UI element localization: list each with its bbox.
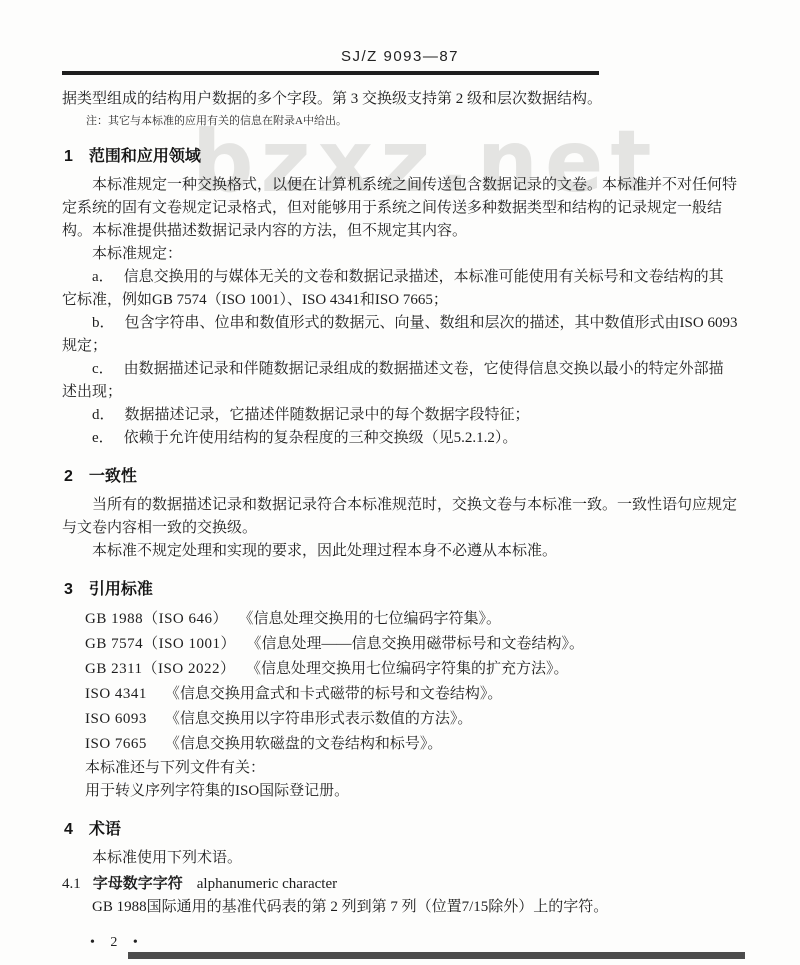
list-item-c-text: 由数据描述记录和伴随数据记录组成的数据描述文卷，它使得信息交换以最小的特定外部描…	[62, 361, 724, 400]
reference-row: GB 2311（ISO 2022）《信息处理交换用七位编码字符集的扩充方法》。	[62, 657, 738, 682]
list-item-b-text: 包含字符串、位串和数值形式的数据元、向量、数组和层次的描述，其中数值形式由ISO…	[62, 315, 737, 354]
reference-list: GB 1988（ISO 646）《信息处理交换用的七位编码字符集》。 GB 75…	[62, 607, 738, 757]
reference-title: 《信息交换用以字符串形式表示数值的方法》。	[165, 711, 473, 727]
reference-code: GB 7574（ISO 1001）	[85, 636, 236, 652]
note-line: 注：其它与本标准的应用有关的信息在附录A中给出。	[62, 113, 738, 130]
section-4-number: 4	[64, 821, 73, 838]
term-number: 4.1	[62, 876, 81, 892]
reference-title: 《信息交换用盒式和卡式磁带的标号和文卷结构》。	[165, 686, 503, 702]
list-item-d-label: d．	[92, 407, 115, 423]
header-rule	[62, 71, 599, 75]
section-4-paragraph-1: 本标准使用下列术语。	[62, 847, 738, 870]
section-4-heading: 4术语	[64, 816, 738, 839]
list-item-a: a．信息交换用的与媒体无关的文卷和数据记录描述，本标准可能使用有关标号和文卷结构…	[62, 266, 738, 312]
list-item-d: d．数据描述记录，它描述伴随数据记录中的每个数据字段特征；	[62, 404, 738, 427]
reference-title: 《信息处理交换用七位编码字符集的扩充方法》。	[253, 661, 568, 677]
reference-title: 《信息处理交换用的七位编码字符集》。	[246, 611, 501, 627]
document-number-header: SJ/Z 9093—87	[62, 48, 738, 65]
section-1-number: 1	[64, 148, 73, 165]
reference-code: ISO 7665	[85, 736, 147, 752]
reference-title: 《信息处理——信息交换用磁带标号和文卷结构》。	[254, 636, 584, 652]
section-1-title: 范围和应用领域	[89, 148, 201, 165]
reference-title: 《信息交换用软磁盘的文卷结构和标号》。	[165, 736, 443, 752]
section-3-number: 3	[64, 581, 73, 598]
reference-row: ISO 6093《信息交换用以字符串形式表示数值的方法》。	[62, 707, 738, 732]
section-1-paragraph-1: 本标准规定一种交换格式，以便在计算机系统之间传送包含数据记录的文卷。本标准并不对…	[62, 174, 738, 243]
reference-code: GB 2311（ISO 2022）	[85, 661, 235, 677]
section-4-title: 术语	[89, 821, 121, 838]
list-item-b: b．包含字符串、位串和数值形式的数据元、向量、数组和层次的描述，其中数值形式由I…	[62, 312, 738, 358]
bottom-scan-bar	[128, 952, 745, 959]
term-chinese: 字母数字字符	[93, 875, 183, 892]
related-files-item: 用于转义序列字符集的ISO国际登记册。	[62, 780, 738, 803]
scanned-standard-page: bzxz.net SJ/Z 9093—87 据类型组成的结构用户数据的多个字段。…	[0, 0, 800, 965]
section-3-heading: 3引用标准	[64, 576, 738, 599]
lead-paragraph-continuation: 据类型组成的结构用户数据的多个字段。第 3 交换级支持第 2 级和层次数据结构。	[62, 88, 738, 111]
term-4-1-line: 4.1字母数字字符alphanumeric character	[62, 872, 738, 896]
reference-row: ISO 4341《信息交换用盒式和卡式磁带的标号和文卷结构》。	[62, 682, 738, 707]
list-item-d-text: 数据描述记录，它描述伴随数据记录中的每个数据字段特征；	[125, 407, 530, 423]
section-2-paragraph-1: 当所有的数据描述记录和数据记录符合本标准规范时，交换文卷与本标准一致。一致性语句…	[62, 494, 738, 540]
page-number: • 2 •	[62, 935, 738, 951]
section-2-number: 2	[64, 468, 73, 485]
section-1-heading: 1范围和应用领域	[64, 143, 738, 166]
reference-row: GB 7574（ISO 1001）《信息处理——信息交换用磁带标号和文卷结构》。	[62, 632, 738, 657]
reference-row: GB 1988（ISO 646）《信息处理交换用的七位编码字符集》。	[62, 607, 738, 632]
list-item-c: c．由数据描述记录和伴随数据记录组成的数据描述文卷，它使得信息交换以最小的特定外…	[62, 358, 738, 404]
reference-code: ISO 6093	[85, 711, 147, 727]
term-definition: GB 1988国际通用的基准代码表的第 2 列到第 7 列（位置7/15除外）上…	[62, 896, 738, 919]
reference-code: GB 1988（ISO 646）	[85, 611, 228, 627]
list-item-a-text: 信息交换用的与媒体无关的文卷和数据记录描述，本标准可能使用有关标号和文卷结构的其…	[62, 269, 724, 308]
related-files-intro: 本标准还与下列文件有关：	[62, 757, 738, 780]
list-item-e-label: e．	[92, 430, 114, 446]
section-2-title: 一致性	[89, 468, 137, 485]
reference-row: ISO 7665《信息交换用软磁盘的文卷结构和标号》。	[62, 732, 738, 757]
reference-code: ISO 4341	[85, 686, 147, 702]
list-item-c-label: c．	[92, 361, 114, 377]
list-item-b-label: b．	[92, 315, 115, 331]
list-item-e: e．依赖于允许使用结构的复杂程度的三种交换级（见5.2.1.2）。	[62, 427, 738, 450]
section-2-heading: 2一致性	[64, 463, 738, 486]
section-1-paragraph-2: 本标准规定：	[62, 243, 738, 266]
list-item-a-label: a．	[92, 269, 114, 285]
section-3-title: 引用标准	[89, 581, 153, 598]
list-item-e-text: 依赖于允许使用结构的复杂程度的三种交换级（见5.2.1.2）。	[124, 430, 518, 446]
section-2-paragraph-2: 本标准不规定处理和实现的要求，因此处理过程本身不必遵从本标准。	[62, 540, 738, 563]
page-content: SJ/Z 9093—87 据类型组成的结构用户数据的多个字段。第 3 交换级支持…	[0, 0, 800, 951]
term-english: alphanumeric character	[197, 876, 337, 892]
